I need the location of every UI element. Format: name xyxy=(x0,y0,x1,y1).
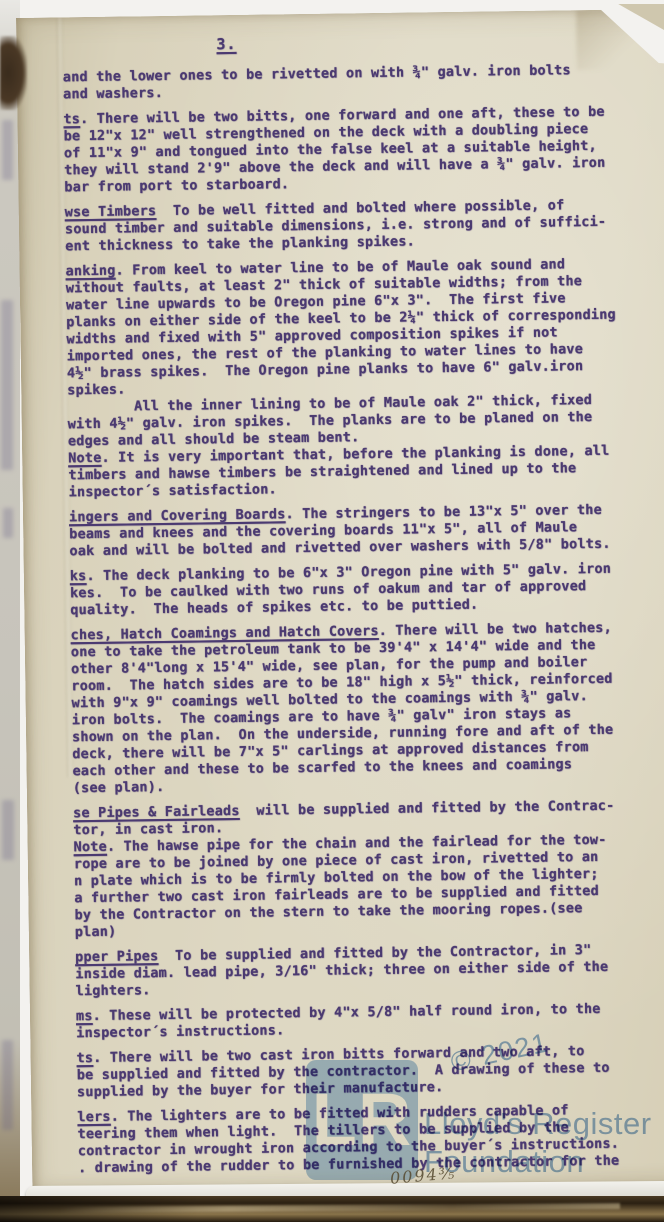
section-heading: wse Timbers xyxy=(65,203,157,220)
lr-logo-letters: LR xyxy=(312,1083,413,1157)
typewritten-text: and the lower ones to be rivetted on wit… xyxy=(63,61,664,1177)
paragraph: wse Timbers To be well fitted and bolted… xyxy=(65,196,664,255)
ink-smudge xyxy=(2,120,13,180)
section-heading: anking xyxy=(65,263,115,280)
lloyds-register-logo: LR xyxy=(306,1060,418,1180)
page-fold-shadow xyxy=(0,36,27,110)
section-heading: Note xyxy=(73,839,107,855)
paragraph: ches, Hatch Coamings and Hatch Covers. T… xyxy=(71,619,664,797)
paragraph: anking. From keel to water line to be of… xyxy=(65,255,664,399)
adjacent-page-edge xyxy=(0,0,20,1222)
paragraph: ingers and Covering Boards. The stringer… xyxy=(69,501,664,560)
section-heading: se Pipes & Fairleads xyxy=(73,803,240,821)
section-heading: Note xyxy=(68,450,102,466)
ink-smudge xyxy=(1,300,13,470)
document-page: 3. and the lower ones to be rivetted on … xyxy=(16,8,664,1198)
section-heading: ts xyxy=(76,1050,93,1066)
ink-smudge xyxy=(3,508,13,538)
page-number: 3. xyxy=(216,35,236,53)
paragraph: ms. These will be protected by 4"x 5/8" … xyxy=(76,1000,664,1042)
watermark-lloyds-register: Lloyd's Register xyxy=(424,1106,652,1142)
page-number-text: 3. xyxy=(216,35,236,53)
paragraph: ks. The deck planking to be 6"x 3" Orego… xyxy=(70,560,664,619)
section-heading: ks xyxy=(70,568,87,584)
paragraph: ts. There will be two bitts, one forward… xyxy=(63,103,664,196)
section-heading: ms xyxy=(76,1008,93,1024)
paragraph: and the lower ones to be rivetted on wit… xyxy=(63,61,663,103)
ink-smudge xyxy=(2,1040,13,1130)
ink-smudge xyxy=(2,800,14,860)
paragraph: All the inner lining to be of Maule oak … xyxy=(67,391,664,450)
paragraph: pper Pipes To be supplied and fitted by … xyxy=(75,941,664,1000)
section-heading: ingers and Covering Boards xyxy=(69,506,286,525)
section-heading: ts xyxy=(63,111,80,127)
torn-corner-sliver xyxy=(612,4,664,30)
section-heading: lers xyxy=(77,1109,111,1125)
paragraph: Note. The hawse pipe for the chain and t… xyxy=(73,831,664,941)
section-heading: pper Pipes xyxy=(75,948,158,965)
paragraph: Note. It is very important that, before … xyxy=(68,442,664,501)
